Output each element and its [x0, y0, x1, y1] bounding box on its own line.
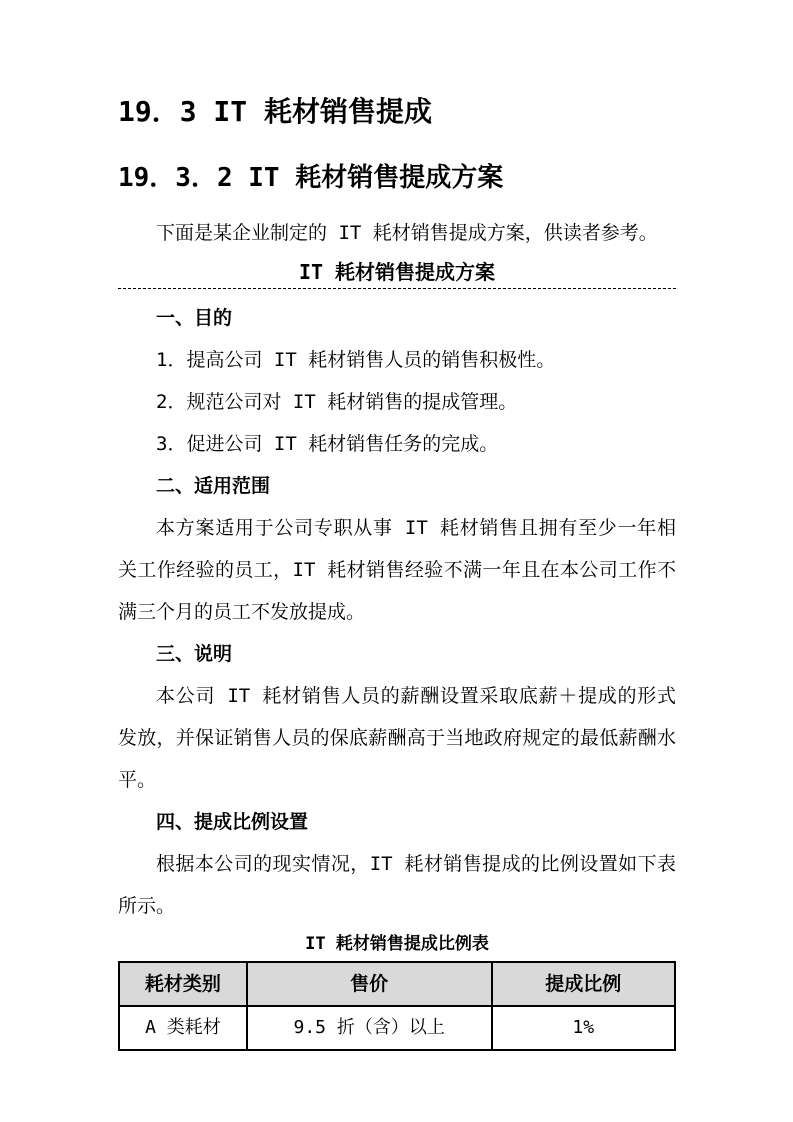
- section-notes: 三、说明 本公司 IT 耗材销售人员的薪酬设置采取底薪＋提成的形式发放，并保证销…: [118, 633, 676, 801]
- document-page: 19．3 IT 耗材销售提成 19．3．2 IT 耗材销售提成方案 下面是某企业…: [0, 0, 793, 1122]
- section-purpose: 一、目的 1．提高公司 IT 耗材销售人员的销售积极性。 2．规范公司对 IT …: [118, 297, 676, 465]
- table-cell-rate: 1%: [492, 1006, 676, 1050]
- table-header-category: 耗材类别: [119, 962, 247, 1006]
- commission-rate-table: 耗材类别 售价 提成比例 A 类耗材 9.5 折（含）以上 1%: [118, 961, 676, 1051]
- section-number-heading: 19．3．2 IT 耗材销售提成方案: [118, 158, 676, 198]
- section-scope: 二、适用范围 本方案适用于公司专职从事 IT 耗材销售且拥有至少一年相关工作经验…: [118, 465, 676, 633]
- plan-title: IT 耗材销售提成方案: [118, 256, 676, 289]
- list-item: 1．提高公司 IT 耗材销售人员的销售积极性。: [156, 339, 676, 381]
- section-heading-scope: 二、适用范围: [156, 465, 676, 507]
- table-row: A 类耗材 9.5 折（含）以上 1%: [119, 1006, 675, 1050]
- section-heading-purpose: 一、目的: [156, 297, 676, 339]
- table-cell-price: 9.5 折（含）以上: [247, 1006, 492, 1050]
- table-cell-category: A 类耗材: [119, 1006, 247, 1050]
- intro-paragraph: 下面是某企业制定的 IT 耗材销售提成方案，供读者参考。: [118, 212, 676, 254]
- paragraph: 本公司 IT 耗材销售人员的薪酬设置采取底薪＋提成的形式发放，并保证销售人员的保…: [118, 675, 676, 801]
- table-header-price: 售价: [247, 962, 492, 1006]
- section-heading-rates: 四、提成比例设置: [156, 801, 676, 843]
- table-caption: IT 耗材销售提成比例表: [118, 929, 676, 959]
- list-item: 2．规范公司对 IT 耗材销售的提成管理。: [156, 381, 676, 423]
- list-item: 3．促进公司 IT 耗材销售任务的完成。: [156, 423, 676, 465]
- table-header-row: 耗材类别 售价 提成比例: [119, 962, 675, 1006]
- chapter-heading: 19．3 IT 耗材销售提成: [118, 92, 676, 132]
- paragraph: 根据本公司的现实情况，IT 耗材销售提成的比例设置如下表所示。: [118, 843, 676, 927]
- paragraph: 本方案适用于公司专职从事 IT 耗材销售且拥有至少一年相关工作经验的员工，IT …: [118, 507, 676, 633]
- table-header-rate: 提成比例: [492, 962, 676, 1006]
- section-rates: 四、提成比例设置 根据本公司的现实情况，IT 耗材销售提成的比例设置如下表所示。: [118, 801, 676, 927]
- section-heading-notes: 三、说明: [156, 633, 676, 675]
